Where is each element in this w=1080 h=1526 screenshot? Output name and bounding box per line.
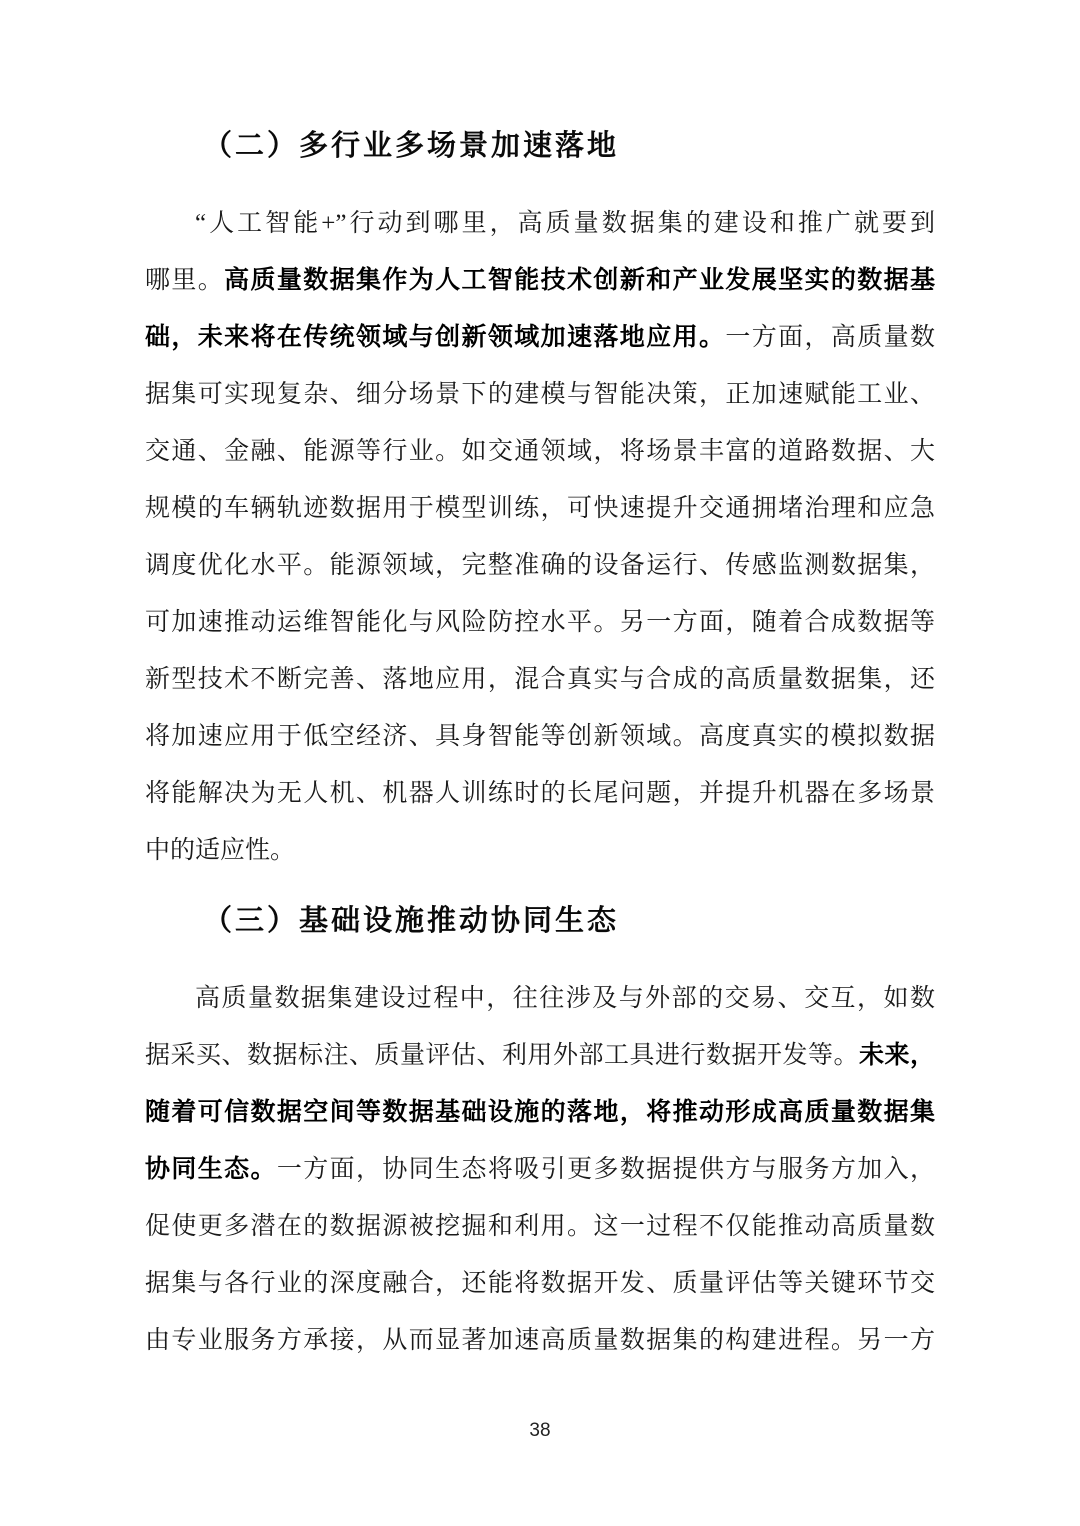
text-line: 由专业服务方承接，从而显著加速高质量数据集的构建进程。另一方 [145, 1312, 935, 1369]
text-line: 促使更多潜在的数据源被挖掘和利用。这一过程不仅能推动高质量数 [145, 1198, 935, 1255]
text-line: 据集可实现复杂、细分场景下的建模与智能决策，正加速赋能工业、 [145, 366, 935, 423]
text-line: 将加速应用于低空经济、具身智能等创新领域。高度真实的模拟数据 [145, 708, 935, 765]
text-line: 础，未来将在传统领域与创新领域加速落地应用。一方面，高质量数 [145, 309, 935, 366]
bold-text-segment: 高质量数据集作为人工智能技术创新和产业发展坚实的数据基 [224, 266, 935, 294]
paragraph: 高质量数据集建设过程中，往往涉及与外部的交易、交互，如数据采买、数据标注、质量评… [145, 970, 935, 1369]
text-segment: 高质量数据集建设过程中，往往涉及与外部的交易、交互，如数 [195, 985, 935, 1012]
text-line: 交通、金融、能源等行业。如交通领域，将场景丰富的道路数据、大 [145, 423, 935, 480]
text-line: 可加速推动运维智能化与风险防控水平。另一方面，随着合成数据等 [145, 594, 935, 651]
document-page: （二）多行业多场景加速落地 “人工智能+”行动到哪里，高质量数据集的建设和推广就… [0, 0, 1080, 1369]
bold-text-segment: 础，未来将在传统领域与创新领域加速落地应用。 [145, 323, 725, 351]
text-line: 高质量数据集建设过程中，往往涉及与外部的交易、交互，如数 [145, 970, 935, 1027]
text-line: 哪里。高质量数据集作为人工智能技术创新和产业发展坚实的数据基 [145, 252, 935, 309]
paragraph: “人工智能+”行动到哪里，高质量数据集的建设和推广就要到哪里。高质量数据集作为人… [145, 195, 935, 879]
text-segment: 调度优化水平。能源领域，完整准确的设备运行、传感监测数据集， [145, 552, 935, 579]
text-segment: 新型技术不断完善、落地应用，混合真实与合成的高质量数据集，还 [145, 666, 935, 693]
text-line: 调度优化水平。能源领域，完整准确的设备运行、传感监测数据集， [145, 537, 935, 594]
text-line: 规模的车辆轨迹数据用于模型训练，可快速提升交通拥堵治理和应急 [145, 480, 935, 537]
page-content: （二）多行业多场景加速落地 “人工智能+”行动到哪里，高质量数据集的建设和推广就… [0, 0, 1080, 1369]
text-segment: 将加速应用于低空经济、具身智能等创新领域。高度真实的模拟数据 [145, 723, 935, 750]
text-segment: 哪里。 [145, 267, 224, 294]
text-segment: 可加速推动运维智能化与风险防控水平。另一方面，随着合成数据等 [145, 609, 935, 636]
bold-text-segment: 随着可信数据空间等数据基础设施的落地，将推动形成高质量数据集 [145, 1098, 935, 1126]
text-line: 新型技术不断完善、落地应用，混合真实与合成的高质量数据集，还 [145, 651, 935, 708]
text-segment: 交通、金融、能源等行业。如交通领域，将场景丰富的道路数据、大 [145, 438, 935, 465]
text-segment: 据集可实现复杂、细分场景下的建模与智能决策，正加速赋能工业、 [145, 381, 935, 408]
bold-text-segment: 协同生态。 [145, 1155, 277, 1183]
text-segment: “人工智能+”行动到哪里，高质量数据集的建设和推广就要到 [195, 210, 935, 237]
text-line: 据采买、数据标注、质量评估、利用外部工具进行数据开发等。未来， [145, 1027, 935, 1084]
text-segment: 一方面，协同生态将吸引更多数据提供方与服务方加入， [277, 1156, 935, 1183]
section-infrastructure: （三）基础设施推动协同生态 高质量数据集建设过程中，往往涉及与外部的交易、交互，… [145, 893, 935, 1369]
text-segment: 规模的车辆轨迹数据用于模型训练，可快速提升交通拥堵治理和应急 [145, 495, 935, 522]
text-segment: 促使更多潜在的数据源被挖掘和利用。这一过程不仅能推动高质量数 [145, 1213, 935, 1240]
text-segment: 一方面，高质量数 [725, 324, 935, 351]
text-line: 随着可信数据空间等数据基础设施的落地，将推动形成高质量数据集 [145, 1084, 935, 1141]
text-line: “人工智能+”行动到哪里，高质量数据集的建设和推广就要到 [145, 195, 935, 252]
text-segment: 将能解决为无人机、机器人训练时的长尾问题，并提升机器在多场景 [145, 780, 935, 807]
text-segment: 由专业服务方承接，从而显著加速高质量数据集的构建进程。另一方 [145, 1327, 935, 1354]
text-segment: 中的适应性。 [145, 837, 295, 864]
text-line: 中的适应性。 [145, 822, 935, 879]
section-heading: （三）基础设施推动协同生态 [145, 893, 935, 950]
text-segment: 据采买、数据标注、质量评估、利用外部工具进行数据开发等。 [145, 1042, 859, 1069]
text-line: 将能解决为无人机、机器人训练时的长尾问题，并提升机器在多场景 [145, 765, 935, 822]
page-number: 38 [0, 1420, 1080, 1442]
text-segment: 据集与各行业的深度融合，还能将数据开发、质量评估等关键环节交 [145, 1270, 935, 1297]
bold-text-segment: 未来， [859, 1041, 935, 1069]
text-line: 据集与各行业的深度融合，还能将数据开发、质量评估等关键环节交 [145, 1255, 935, 1312]
text-line: 协同生态。一方面，协同生态将吸引更多数据提供方与服务方加入， [145, 1141, 935, 1198]
section-multi-industry: （二）多行业多场景加速落地 “人工智能+”行动到哪里，高质量数据集的建设和推广就… [145, 118, 935, 879]
section-heading: （二）多行业多场景加速落地 [145, 118, 935, 175]
